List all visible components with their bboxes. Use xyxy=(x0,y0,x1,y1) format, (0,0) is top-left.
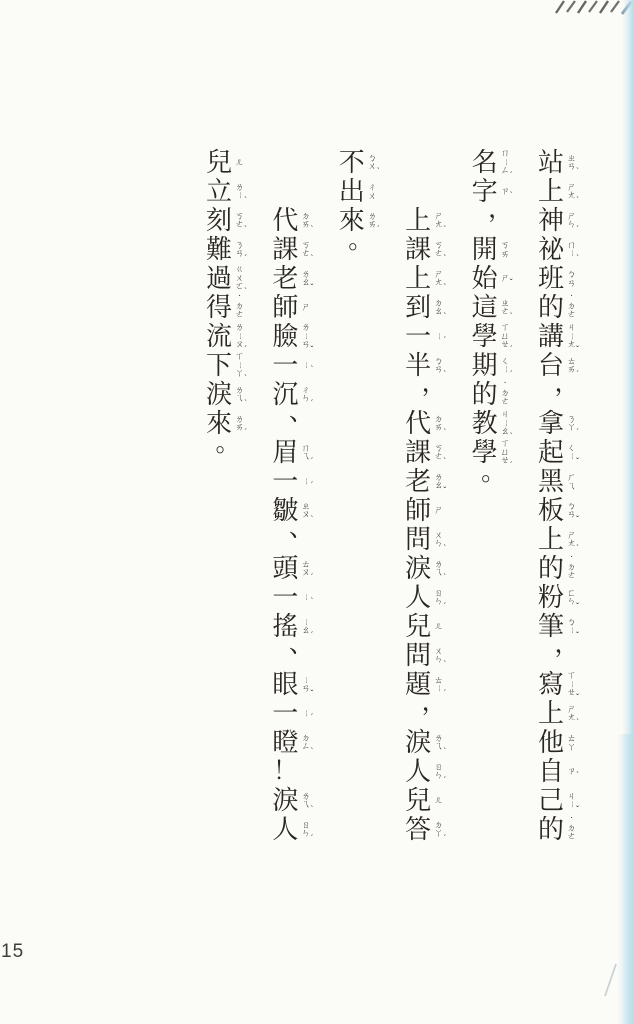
bopomofo-symbol: ㄟ xyxy=(301,452,310,461)
char-cell: 刻ㄎㄜˋ xyxy=(205,206,233,235)
tone-mark: ˋ xyxy=(443,751,446,752)
text-column-3: 上ㄕㄤˋ課ㄎㄜˋ上ㄕㄤˋ到ㄉㄠˋ一ㄧˊ半ㄅㄢˋ，代ㄉㄞˋ課ㄎㄜˋ老ㄌㄠˇ師ㄕ問ㄨ… xyxy=(404,206,448,844)
bopomofo-symbol: ㄕ xyxy=(434,506,443,515)
zhuyin-annotation: ˙ㄉㄜ xyxy=(565,293,578,322)
bopomofo-symbol: ㄌ xyxy=(235,323,244,332)
zhuyin-annotation: ㄕㄤˋ xyxy=(565,699,578,728)
zhuyin-annotation: ㄌㄧㄡˊ xyxy=(233,322,246,351)
hanzi-char: 這 xyxy=(471,293,499,322)
punctuation: 。 xyxy=(214,429,242,458)
tone-mark: ˊ xyxy=(576,229,579,230)
bopomofo-symbol: ㄦ xyxy=(434,796,443,805)
tone-mark: ˊ xyxy=(443,606,446,607)
tone-mark: ˋ xyxy=(310,751,313,752)
punct-cell: ， xyxy=(537,380,565,409)
tone-mark: ˋ xyxy=(443,548,446,549)
char-cell: 人ㄖㄣˊ xyxy=(271,815,299,844)
char-cell: 的˙ㄉㄜ xyxy=(537,815,565,844)
hanzi-char: 課 xyxy=(404,235,432,264)
bopomofo-symbol: ㄢ xyxy=(235,249,244,258)
bopomofo-symbol: ㄧ xyxy=(302,331,311,340)
hanzi-char: 難 xyxy=(205,235,233,264)
bopomofo-symbol: ㄠ xyxy=(434,481,443,490)
bopomofo-symbol: ㄕ xyxy=(501,274,510,283)
punctuation: 、 xyxy=(287,514,315,543)
punct-cell: 、 xyxy=(271,409,299,438)
tone-mark: ˊ xyxy=(510,349,513,350)
bopomofo-symbol: ㄣ xyxy=(434,771,443,780)
char-cell: 己ㄐㄧˇ xyxy=(537,786,565,815)
char-cell: 教ㄐㄧㄠˋ xyxy=(471,409,499,438)
hanzi-char: 的 xyxy=(537,293,565,322)
tone-mark: ˇ xyxy=(576,519,579,520)
bopomofo-symbol: ㄜ xyxy=(567,832,576,841)
bopomofo-symbol: ㄟ xyxy=(235,394,244,403)
bopomofo-symbol: ㄢ xyxy=(567,510,576,519)
punctuation: ！ xyxy=(271,757,299,786)
char-cell: 名ㄇㄧㄥˊ xyxy=(471,148,499,177)
hanzi-char: 流 xyxy=(205,322,233,351)
bopomofo-symbol: ㄞ xyxy=(301,220,310,229)
zhuyin-annotation: ㄎㄜˋ xyxy=(432,235,445,264)
bopomofo-symbol: ㄤ xyxy=(434,278,443,287)
hanzi-char: 兒 xyxy=(404,786,432,815)
page-curl-line xyxy=(593,934,633,1024)
hanzi-char: 淚 xyxy=(271,786,299,815)
char-cell: 粉ㄈㄣˇ xyxy=(537,583,565,612)
bopomofo-symbol: ㄜ xyxy=(235,310,244,319)
hanzi-char: 出 xyxy=(338,177,366,206)
bopomofo-symbol: ㄧ xyxy=(567,331,576,340)
tone-mark: ˋ xyxy=(510,316,513,317)
zhuyin-annotation: ㄉㄥˋ xyxy=(299,728,312,757)
text-column-5: 代ㄉㄞˋ課ㄎㄜˋ老ㄌㄠˇ師ㄕ臉ㄌㄧㄢˇ一ㄧˋ沉ㄔㄣˊ、眉ㄇㄟˊ一ㄧˊ皺ㄓㄡˋ、頭… xyxy=(271,206,315,844)
char-cell: 起ㄑㄧˇ xyxy=(537,438,565,467)
bopomofo-symbol: ㄜ xyxy=(235,220,244,229)
hanzi-char: 上 xyxy=(404,206,432,235)
punct-cell: 、 xyxy=(271,641,299,670)
tone-mark: ˋ xyxy=(244,229,247,230)
zhuyin-annotation: ㄨㄣˋ xyxy=(432,525,445,554)
zhuyin-annotation: ㄌㄟˋ xyxy=(432,554,445,583)
tone-mark: ˇ xyxy=(310,693,313,694)
hanzi-char: 眼 xyxy=(271,670,299,699)
char-cell: 人ㄖㄣˊ xyxy=(404,757,432,786)
zhuyin-annotation: ㄏㄟ xyxy=(565,467,578,496)
zhuyin-annotation: ˙ㄉㄜ xyxy=(499,380,512,409)
bopomofo-symbol: ㄝ xyxy=(567,688,576,697)
zhuyin-annotation: ㄎㄜˋ xyxy=(233,206,246,235)
zhuyin-annotation: ㄉㄚˊ xyxy=(432,815,445,844)
char-cell: 期ㄑㄧˊ xyxy=(471,351,499,380)
hanzi-char: 名 xyxy=(471,148,499,177)
hanzi-char: 始 xyxy=(471,264,499,293)
zhuyin-annotation: ˙ㄉㄜ xyxy=(233,293,246,322)
bopomofo-symbol: ㄛ xyxy=(235,282,244,291)
bopomofo-symbol: ㄜ xyxy=(567,310,576,319)
zhuyin-annotation: ㄕㄣˊ xyxy=(565,206,578,235)
tone-mark: ˊ xyxy=(510,374,513,375)
char-cell: 問ㄨㄣˋ xyxy=(404,525,432,554)
hanzi-char: 人 xyxy=(404,757,432,786)
bopomofo-symbol: ㄣ xyxy=(434,597,443,606)
bopomofo-symbol: ㄠ xyxy=(501,427,510,436)
hanzi-char: 上 xyxy=(537,699,565,728)
char-cell: 兒ㄦ xyxy=(404,612,432,641)
bopomofo-symbol: ㄤ xyxy=(567,340,576,349)
tone-mark: ˊ xyxy=(510,175,513,176)
zhuyin-annotation: ㄐㄧˇ xyxy=(565,786,578,815)
bopomofo-symbol: ㄑ xyxy=(501,357,510,366)
char-cell: 淚ㄌㄟˋ xyxy=(404,554,432,583)
hanzi-char: 板 xyxy=(537,496,565,525)
zhuyin-annotation: ㄗˋ xyxy=(565,757,578,786)
bopomofo-symbol: ㄧ xyxy=(235,360,244,369)
zhuyin-annotation: ㄊㄚ xyxy=(565,728,578,757)
punct-cell: 。 xyxy=(338,235,366,264)
punctuation: ， xyxy=(553,630,581,659)
char-cell: 人ㄖㄣˊ xyxy=(404,583,432,612)
tone-mark: ˇ xyxy=(576,349,579,350)
bopomofo-symbol: ㄧ xyxy=(567,679,576,688)
punct-cell: ！ xyxy=(271,757,299,786)
char-cell: 眉ㄇㄟˊ xyxy=(271,438,299,467)
hanzi-char: 眉 xyxy=(271,438,299,467)
bopomofo-symbol: ㄕ xyxy=(301,303,310,312)
zhuyin-annotation: ㄑㄧˇ xyxy=(565,438,578,467)
tone-mark: ˊ xyxy=(244,432,247,433)
bopomofo-symbol: ㄣ xyxy=(301,829,310,838)
hanzi-char: 上 xyxy=(404,264,432,293)
zhuyin-annotation: ㄨㄣˋ xyxy=(432,641,445,670)
char-cell: 開ㄎㄞ xyxy=(471,235,499,264)
tone-mark: ˋ xyxy=(310,369,313,370)
bopomofo-symbol: ㄜ xyxy=(301,249,310,258)
hanzi-char: 粉 xyxy=(537,583,565,612)
tone-mark: ˇ xyxy=(576,606,579,607)
zhuyin-annotation: ㄖㄣˊ xyxy=(432,757,445,786)
tone-mark: ˋ xyxy=(443,577,446,578)
char-cell: 上ㄕㄤˋ xyxy=(404,206,432,235)
tone-mark: ˋ xyxy=(443,432,446,433)
bopomofo-symbol: ㄧ xyxy=(501,157,510,166)
char-cell: 上ㄕㄤˋ xyxy=(537,177,565,206)
hanzi-char: 師 xyxy=(271,293,299,322)
punctuation: 、 xyxy=(287,630,315,659)
tone-mark: ˊ xyxy=(310,838,313,839)
hanzi-char: 神 xyxy=(537,206,565,235)
punctuation: ， xyxy=(420,688,448,717)
char-cell: 瞪ㄉㄥˋ xyxy=(271,728,299,757)
page-edge-marks-icon xyxy=(553,0,633,20)
text-column-4: 不ㄅㄨˋ出ㄔㄨ來ㄌㄞˊ。 xyxy=(338,148,382,264)
bopomofo-symbol: ㄐ xyxy=(567,323,576,332)
hanzi-char: 一 xyxy=(271,351,299,380)
bopomofo-symbol: ㄢ xyxy=(301,340,310,349)
zhuyin-annotation: ㄋㄢˊ xyxy=(233,235,246,264)
tone-mark: ˊ xyxy=(576,432,579,433)
char-cell: 難ㄋㄢˊ xyxy=(205,235,233,264)
char-cell: 不ㄅㄨˋ xyxy=(338,148,366,177)
zhuyin-annotation: ㄎㄜˋ xyxy=(299,235,312,264)
zhuyin-annotation: ㄌㄧˋ xyxy=(233,177,246,206)
tone-mark: ˊ xyxy=(443,340,446,341)
char-cell: 一ㄧˊ xyxy=(271,699,299,728)
zhuyin-annotation: ㄕㄤˋ xyxy=(565,525,578,554)
char-cell: 課ㄎㄜˋ xyxy=(404,438,432,467)
hanzi-char: 代 xyxy=(271,206,299,235)
hanzi-char: 問 xyxy=(404,641,432,670)
bopomofo-symbol: ㄑ xyxy=(567,444,576,453)
zhuyin-annotation: ㄉㄞˋ xyxy=(432,409,445,438)
zhuyin-annotation: ㄧˊ xyxy=(299,699,312,728)
bopomofo-symbol: ㄡ xyxy=(301,568,310,577)
bopomofo-symbol: ㄧ xyxy=(434,331,443,340)
hanzi-char: 淚 xyxy=(404,728,432,757)
char-cell: 這ㄓㄜˋ xyxy=(471,293,499,322)
zhuyin-annotation: ㄧˊ xyxy=(299,467,312,496)
text-column-2: 名ㄇㄧㄥˊ字ㄗˋ，開ㄎㄞ始ㄕˇ這ㄓㄜˋ學ㄒㄩㄝˊ期ㄑㄧˊ的˙ㄉㄜ教ㄐㄧㄠˋ學ㄒㄩ… xyxy=(471,148,515,496)
zhuyin-annotation: ㄌㄠˇ xyxy=(432,467,445,496)
bopomofo-symbol: ㄦ xyxy=(434,622,443,631)
bopomofo-symbol: ㄧ xyxy=(302,592,311,601)
hanzi-char: 得 xyxy=(205,293,233,322)
zhuyin-annotation: ㄌㄟˋ xyxy=(432,728,445,757)
zhuyin-annotation: ㄇㄧㄥˊ xyxy=(499,148,512,177)
tone-mark: ˋ xyxy=(244,200,247,201)
char-cell: 過ㄍㄨㄛˋ xyxy=(205,264,233,293)
char-cell: 的˙ㄉㄜ xyxy=(537,554,565,583)
bopomofo-symbol: ㄜ xyxy=(501,397,510,406)
tone-mark: ˋ xyxy=(244,403,247,404)
bopomofo-symbol: ㄤ xyxy=(567,539,576,548)
hanzi-char: 一 xyxy=(271,583,299,612)
char-cell: 拿ㄋㄚˊ xyxy=(537,409,565,438)
bopomofo-symbol: ㄟ xyxy=(434,568,443,577)
zhuyin-annotation: ㄎㄞ xyxy=(499,235,512,264)
bopomofo-symbol: ㄧ xyxy=(302,360,311,369)
zhuyin-annotation: ˙ㄉㄜ xyxy=(565,554,578,583)
tone-mark: ˋ xyxy=(244,378,247,379)
bopomofo-symbol: ㄅ xyxy=(567,618,576,627)
hanzi-char: 一 xyxy=(404,322,432,351)
char-cell: 講ㄐㄧㄤˇ xyxy=(537,322,565,351)
bopomofo-symbol: ㄇ xyxy=(501,149,510,158)
hanzi-char: 瞪 xyxy=(271,728,299,757)
hanzi-char: 拿 xyxy=(537,409,565,438)
char-cell: 一ㄧˋ xyxy=(271,351,299,380)
tone-mark: ˊ xyxy=(377,229,380,230)
zhuyin-annotation: ㄑㄧˊ xyxy=(499,351,512,380)
char-cell: 師ㄕ xyxy=(404,496,432,525)
hanzi-char: 立 xyxy=(205,177,233,206)
hanzi-char: 頭 xyxy=(271,554,299,583)
punct-cell: ， xyxy=(404,699,432,728)
hanzi-char: 一 xyxy=(271,699,299,728)
char-cell: 師ㄕ xyxy=(271,293,299,322)
tone-mark: ˋ xyxy=(377,171,380,172)
zhuyin-annotation: ㄖㄣˊ xyxy=(432,583,445,612)
bopomofo-symbol: ㄇ xyxy=(567,241,576,250)
hanzi-char: 的 xyxy=(471,380,499,409)
hanzi-char: 刻 xyxy=(205,206,233,235)
char-cell: 出ㄔㄨ xyxy=(338,177,366,206)
bopomofo-symbol: ㄚ xyxy=(567,423,576,432)
tone-mark: ˇ xyxy=(576,809,579,810)
zhuyin-annotation: ㄦ xyxy=(432,612,445,641)
punct-cell: 。 xyxy=(205,438,233,467)
char-cell: 他ㄊㄚ xyxy=(537,728,565,757)
bopomofo-symbol: ㄣ xyxy=(434,655,443,664)
hanzi-char: 臉 xyxy=(271,322,299,351)
zhuyin-annotation: ㄕ xyxy=(299,293,312,322)
zhuyin-annotation: ㄅㄢˇ xyxy=(565,496,578,525)
char-cell: 神ㄕㄣˊ xyxy=(537,206,565,235)
hanzi-char: 起 xyxy=(537,438,565,467)
bopomofo-symbol: ㄡ xyxy=(235,340,244,349)
tone-mark: ˇ xyxy=(510,282,513,283)
char-cell: 上ㄕㄤˋ xyxy=(404,264,432,293)
char-cell: 黑ㄏㄟ xyxy=(537,467,565,496)
bopomofo-symbol: ㄧ xyxy=(567,249,576,258)
zhuyin-annotation: ㄌㄟˋ xyxy=(299,786,312,815)
zhuyin-annotation: ㄎㄜˋ xyxy=(432,438,445,467)
bopomofo-symbol: ㄧ xyxy=(567,452,576,461)
hanzi-char: 代 xyxy=(404,409,432,438)
char-cell: 班ㄅㄢ xyxy=(537,264,565,293)
bopomofo-symbol: ㄤ xyxy=(567,713,576,722)
hanzi-char: 老 xyxy=(404,467,432,496)
bopomofo-symbol: ㄧ xyxy=(302,476,311,485)
char-cell: 一ㄧˋ xyxy=(271,583,299,612)
tone-mark: ˊ xyxy=(310,717,313,718)
bopomofo-symbol: ㄚ xyxy=(567,743,576,752)
hanzi-char: 上 xyxy=(537,525,565,554)
char-cell: 始ㄕˇ xyxy=(471,264,499,293)
char-cell: 臉ㄌㄧㄢˇ xyxy=(271,322,299,351)
hanzi-char: 不 xyxy=(338,148,366,177)
zhuyin-annotation: ㄒㄧㄚˋ xyxy=(233,351,246,380)
hanzi-char: 寫 xyxy=(537,670,565,699)
punct-cell: ， xyxy=(404,380,432,409)
hanzi-char: 期 xyxy=(471,351,499,380)
bopomofo-symbol: ㄣ xyxy=(567,220,576,229)
char-cell: 代ㄉㄞˋ xyxy=(271,206,299,235)
hanzi-char: 課 xyxy=(404,438,432,467)
bopomofo-symbol: ㄦ xyxy=(235,158,244,167)
tone-mark: ˋ xyxy=(576,171,579,172)
char-cell: 答ㄉㄚˊ xyxy=(404,815,432,844)
bopomofo-symbol: ㄜ xyxy=(567,571,576,580)
bopomofo-symbol: ㄒ xyxy=(235,352,244,361)
bopomofo-symbol: ㄠ xyxy=(301,278,310,287)
tone-mark: ˊ xyxy=(310,485,313,486)
bopomofo-symbol: ㄗ xyxy=(567,767,576,776)
zhuyin-annotation: ㄒㄩㄝˊ xyxy=(499,322,512,351)
hanzi-char: 問 xyxy=(404,525,432,554)
bopomofo-symbol: ㄢ xyxy=(567,162,576,171)
char-cell: 兒ㄦ xyxy=(205,148,233,177)
hanzi-char: 祕 xyxy=(537,235,565,264)
punctuation: ， xyxy=(487,195,515,224)
zhuyin-annotation: ㄓㄢˋ xyxy=(565,148,578,177)
bopomofo-symbol: ㄚ xyxy=(434,829,443,838)
tone-mark: ˇ xyxy=(310,349,313,350)
zhuyin-annotation: ㄦ xyxy=(432,786,445,815)
punctuation: ， xyxy=(553,369,581,398)
tone-mark: ˊ xyxy=(443,780,446,781)
zhuyin-annotation: ㄕㄤˋ xyxy=(432,264,445,293)
hanzi-char: 自 xyxy=(537,757,565,786)
hanzi-char: 班 xyxy=(537,264,565,293)
hanzi-char: 淚 xyxy=(205,380,233,409)
tone-mark: ˋ xyxy=(510,436,513,437)
bopomofo-symbol: ㄝ xyxy=(501,340,510,349)
char-cell: 老ㄌㄠˇ xyxy=(404,467,432,496)
bopomofo-symbol: ㄠ xyxy=(434,307,443,316)
hanzi-char: 的 xyxy=(537,554,565,583)
zhuyin-annotation: ㄕˇ xyxy=(499,264,512,293)
char-cell: 淚ㄌㄟˋ xyxy=(404,728,432,757)
bopomofo-symbol: ㄒ xyxy=(567,671,576,680)
bopomofo-symbol: ㄧ xyxy=(501,365,510,374)
bopomofo-symbol: ㄟ xyxy=(567,482,576,491)
punctuation: 。 xyxy=(480,458,508,487)
bopomofo-symbol: ㄧ xyxy=(501,418,510,427)
zhuyin-annotation: ㄧˊ xyxy=(432,322,445,351)
char-cell: 到ㄉㄠˋ xyxy=(404,293,432,322)
tone-mark: ˊ xyxy=(310,577,313,578)
bopomofo-symbol: ㄨ xyxy=(368,192,377,201)
page-number: 15 xyxy=(1,941,24,963)
zhuyin-annotation: ㄒㄧㄝˇ xyxy=(565,670,578,699)
bopomofo-symbol: ㄧ xyxy=(235,191,244,200)
tone-mark: ˋ xyxy=(576,775,579,776)
bopomofo-symbol: ㄥ xyxy=(301,742,310,751)
char-cell: 的˙ㄉㄜ xyxy=(537,293,565,322)
char-cell: 下ㄒㄧㄚˋ xyxy=(205,351,233,380)
text-column-6: 兒ㄦ立ㄌㄧˋ刻ㄎㄜˋ難ㄋㄢˊ過ㄍㄨㄛˋ得˙ㄉㄜ流ㄌㄧㄡˊ下ㄒㄧㄚˋ淚ㄌㄟˋ來ㄌㄞ… xyxy=(205,148,249,467)
zhuyin-annotation: ㄦ xyxy=(233,148,246,177)
punctuation: 。 xyxy=(347,226,375,255)
zhuyin-annotation: ㄐㄧㄠˋ xyxy=(499,409,512,438)
hanzi-char: 兒 xyxy=(205,148,233,177)
tone-mark: ˋ xyxy=(576,258,579,259)
char-cell: 一ㄧˊ xyxy=(404,322,432,351)
char-cell: 自ㄗˋ xyxy=(537,757,565,786)
zhuyin-annotation: ㄅㄨˋ xyxy=(366,148,379,177)
hanzi-char: 老 xyxy=(271,264,299,293)
hanzi-char: 人 xyxy=(404,583,432,612)
tone-mark: ˋ xyxy=(576,548,579,549)
zhuyin-annotation: ˙ㄉㄜ xyxy=(565,815,578,844)
hanzi-char: 答 xyxy=(404,815,432,844)
bopomofo-symbol: ㄐ xyxy=(501,410,510,419)
tone-mark: ˋ xyxy=(576,200,579,201)
tone-mark: ˋ xyxy=(310,258,313,259)
zhuyin-annotation: ㄧˋ xyxy=(299,351,312,380)
char-cell: 課ㄎㄜˋ xyxy=(404,235,432,264)
char-cell: 立ㄌㄧˋ xyxy=(205,177,233,206)
char-cell: 站ㄓㄢˋ xyxy=(537,148,565,177)
tone-mark: ˋ xyxy=(443,316,446,317)
char-cell: 學ㄒㄩㄝˊ xyxy=(471,322,499,351)
hanzi-char: 到 xyxy=(404,293,432,322)
bopomofo-symbol: ㄌ xyxy=(301,323,310,332)
hanzi-char: 一 xyxy=(271,467,299,496)
zhuyin-annotation: ㄉㄞˋ xyxy=(299,206,312,235)
hanzi-char: 過 xyxy=(205,264,233,293)
